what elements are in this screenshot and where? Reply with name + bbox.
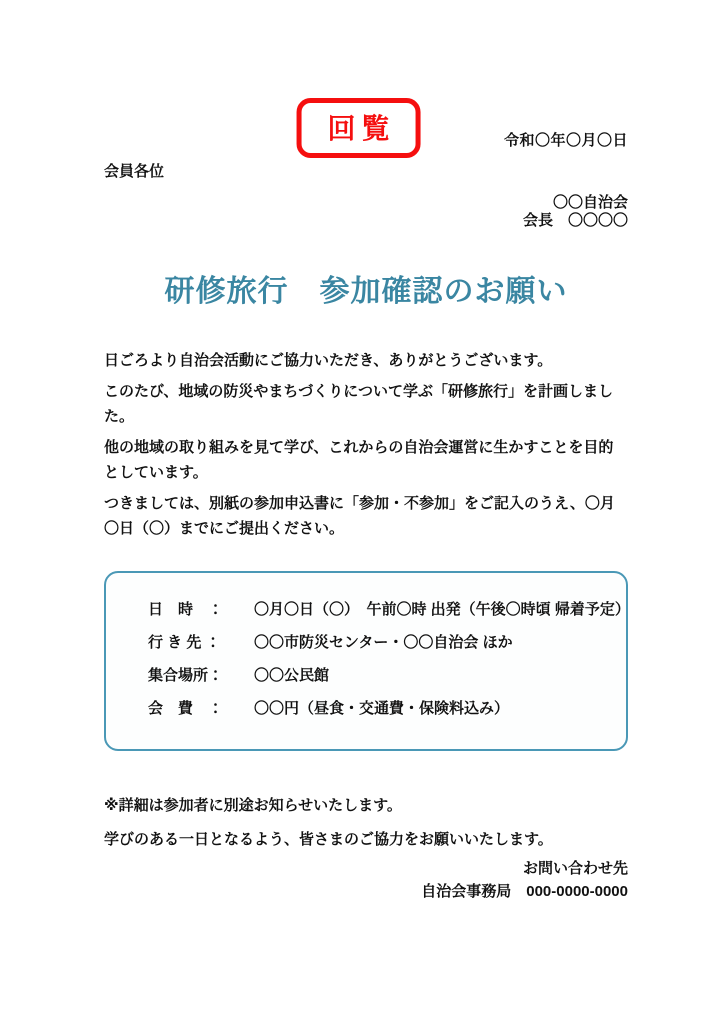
note-details-later: ※詳細は参加者に別途お知らせいたします。	[104, 793, 628, 818]
detail-label-fee: 会 費 ：	[148, 696, 240, 721]
detail-value-datetime: 〇月〇日（〇） 午前〇時 出発（午後〇時頃 帰着予定）	[254, 597, 630, 622]
sender-chairman: 会長 〇〇〇〇	[104, 212, 628, 230]
detail-row-datetime: 日 時 ： 〇月〇日（〇） 午前〇時 出発（午後〇時頃 帰着予定）	[148, 597, 602, 622]
trip-details-box: 日 時 ： 〇月〇日（〇） 午前〇時 出発（午後〇時頃 帰着予定） 行 き 先 …	[104, 571, 628, 751]
detail-row-destination: 行 き 先 ： 〇〇市防災センター・〇〇自治会 ほか	[148, 630, 602, 655]
contact-title: お問い合わせ先	[421, 857, 628, 880]
sender-block: 〇〇自治会 会長 〇〇〇〇	[104, 194, 628, 230]
detail-value-meeting-place: 〇〇公民館	[254, 663, 329, 688]
circulation-stamp: 回覧	[297, 98, 421, 158]
contact-phone-line: 自治会事務局 000-0000-0000	[421, 880, 628, 903]
paragraph-greeting: 日ごろより自治会活動にご協力いただき、ありがとうございます。	[104, 348, 628, 373]
detail-label-meeting-place: 集合場所：	[148, 663, 240, 688]
paragraph-request: つきましては、別紙の参加申込書に「参加・不参加」をご記入のうえ、〇月〇日（〇）ま…	[104, 491, 628, 541]
contact-block: お問い合わせ先 自治会事務局 000-0000-0000	[421, 857, 628, 903]
recipient-line: 会員各位	[104, 160, 628, 181]
detail-value-fee: 〇〇円（昼食・交通費・保険料込み）	[254, 696, 509, 721]
paragraph-purpose: 他の地域の取り組みを見て学び、これからの自治会運営に生かすことを目的としています…	[104, 435, 628, 485]
circular-notice-page: 回覧 令和〇年〇月〇日 会員各位 〇〇自治会 会長 〇〇〇〇 研修旅行 参加確認…	[0, 0, 724, 1024]
detail-row-meeting-place: 集合場所： 〇〇公民館	[148, 663, 602, 688]
issue-date: 令和〇年〇月〇日	[504, 129, 628, 150]
sender-organization: 〇〇自治会	[104, 194, 628, 212]
header: 回覧 令和〇年〇月〇日	[104, 98, 628, 150]
detail-value-destination: 〇〇市防災センター・〇〇自治会 ほか	[254, 630, 513, 655]
detail-row-fee: 会 費 ： 〇〇円（昼食・交通費・保険料込み）	[148, 696, 602, 721]
detail-label-destination: 行 き 先 ：	[148, 630, 240, 655]
paragraph-announcement: このたび、地域の防災やまちづくりについて学ぶ「研修旅行」を計画しました。	[104, 379, 628, 429]
body-text: 日ごろより自治会活動にご協力いただき、ありがとうございます。 このたび、地域の防…	[104, 348, 628, 541]
page-title: 研修旅行 参加確認のお願い	[104, 266, 628, 310]
detail-label-datetime: 日 時 ：	[148, 597, 240, 622]
closing-notes: ※詳細は参加者に別途お知らせいたします。 学びのある一日となるよう、皆さまのご協…	[104, 793, 628, 852]
note-cooperation: 学びのある一日となるよう、皆さまのご協力をお願いいたします。	[104, 827, 628, 852]
circulation-stamp-label: 回覧	[328, 113, 396, 144]
